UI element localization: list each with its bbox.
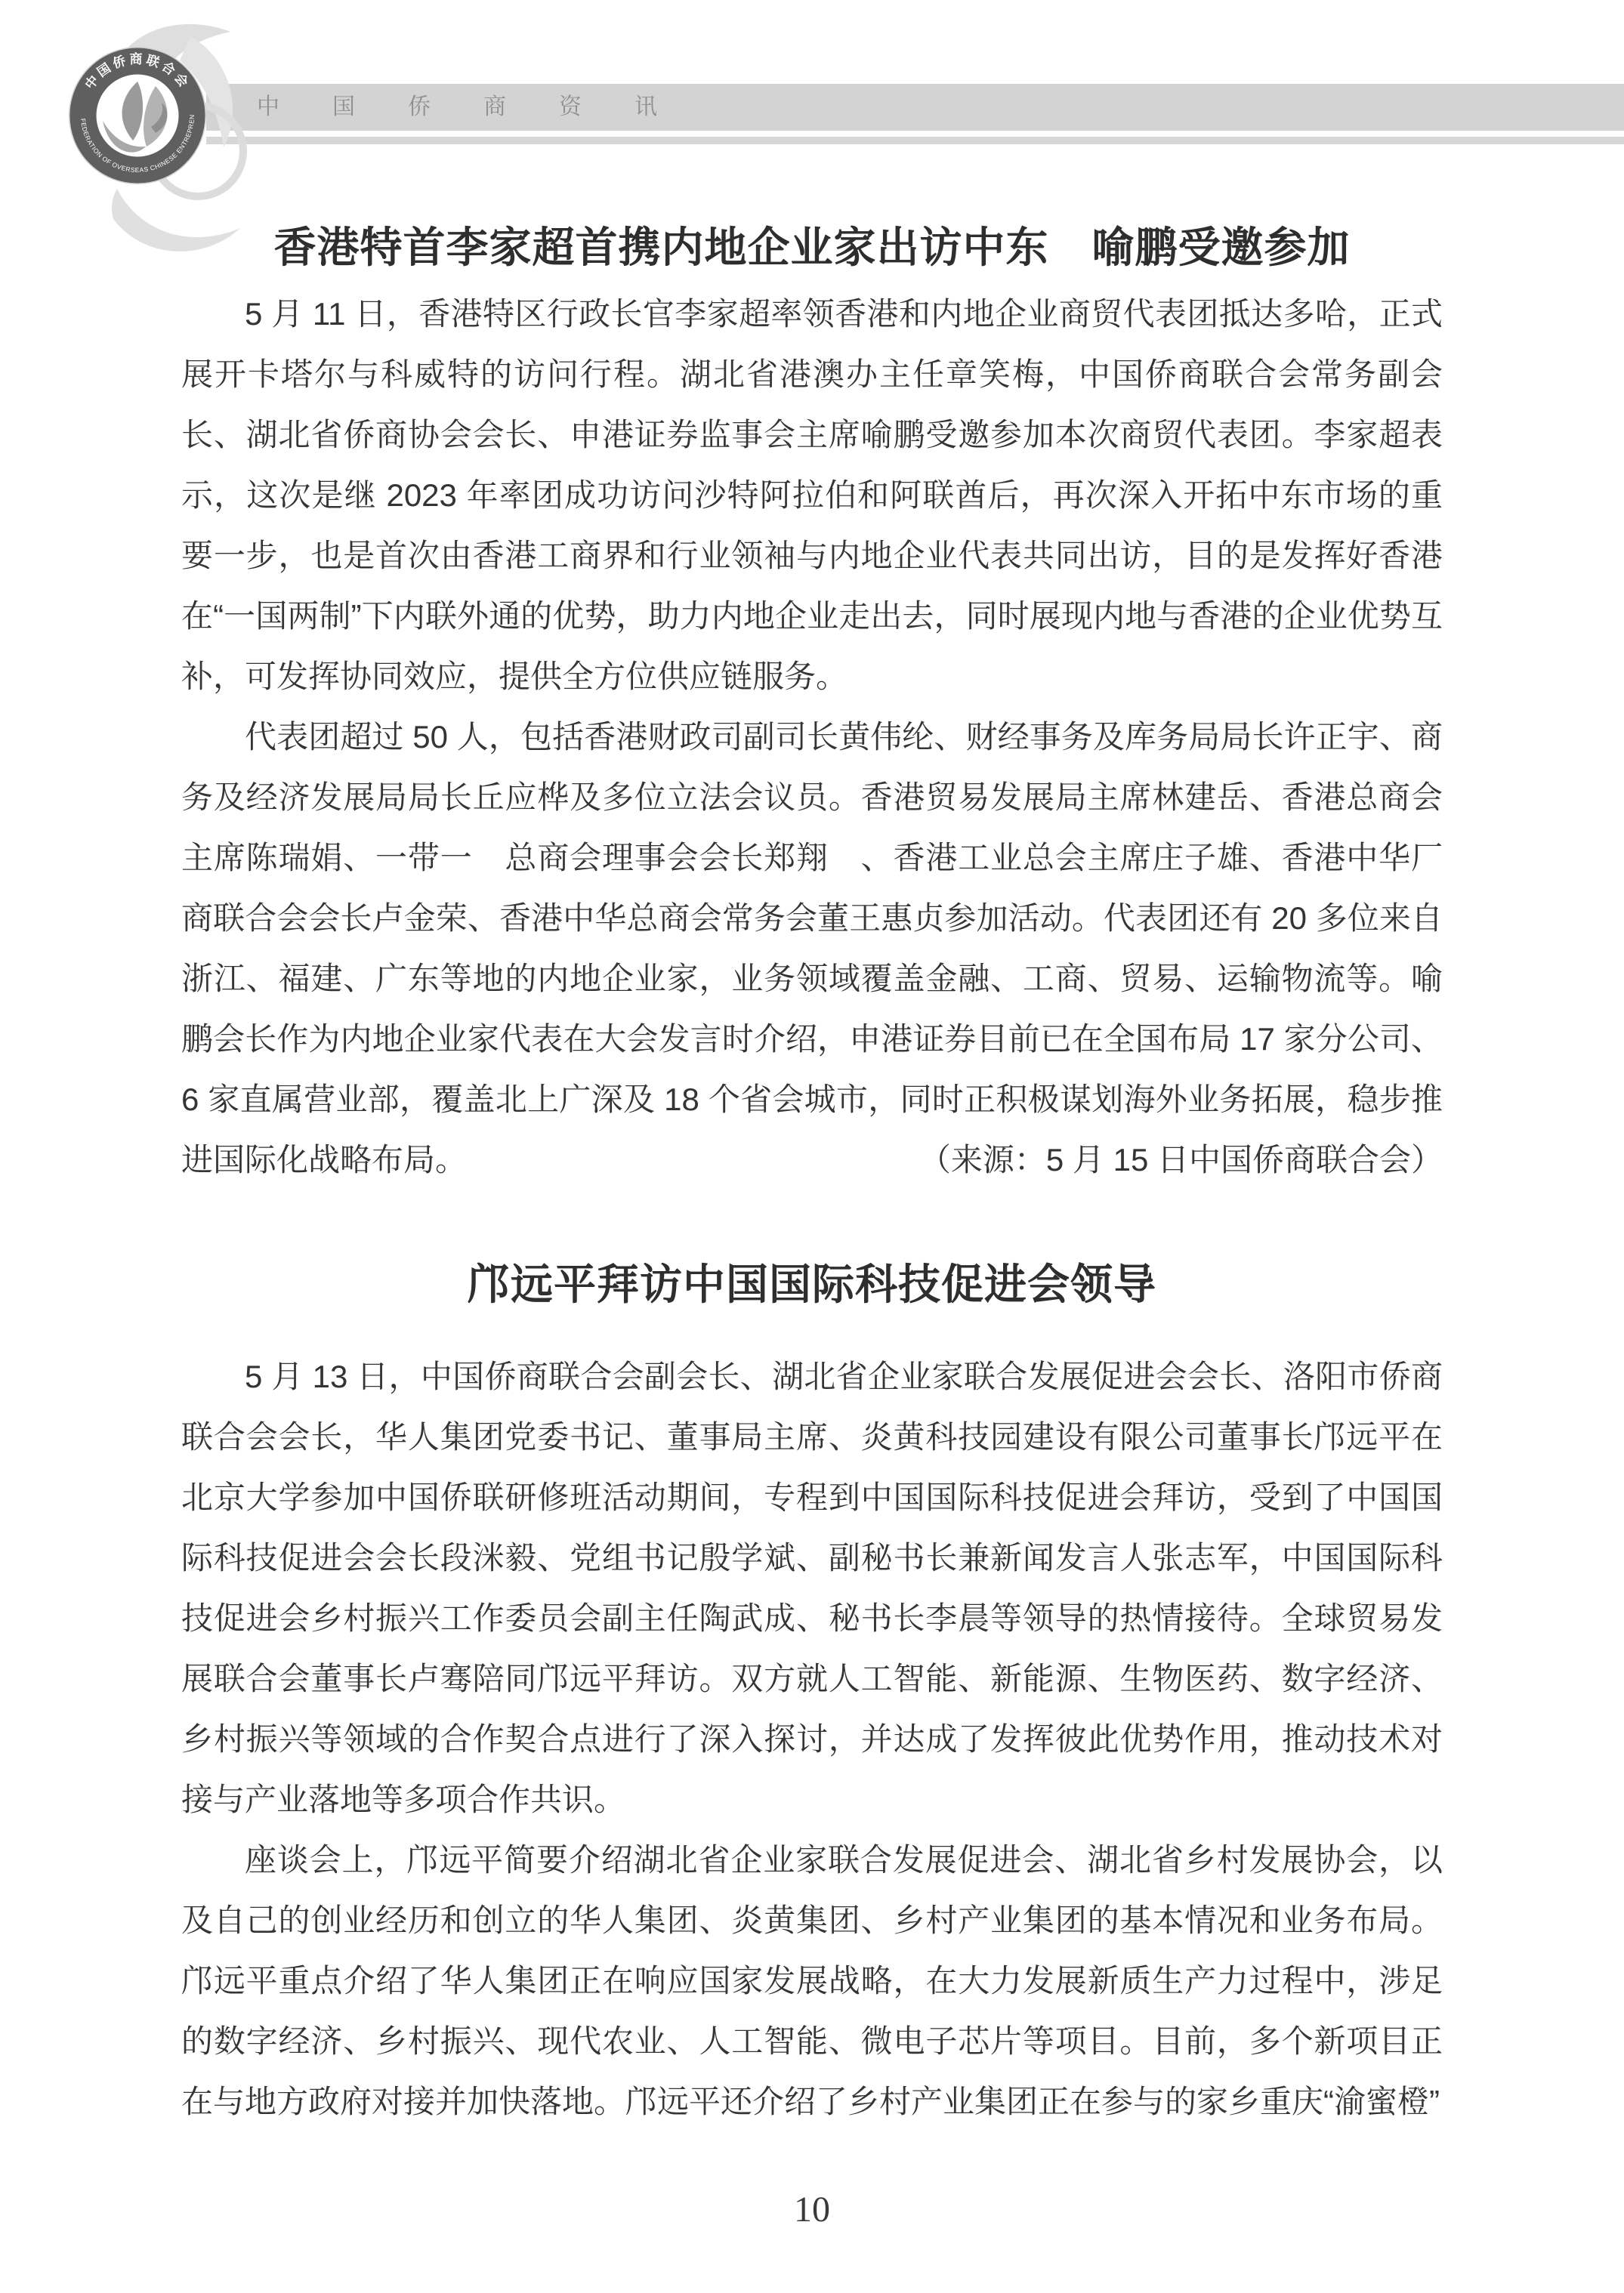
article-1-paragraph-1: 5 月 11 日，香港特区行政长官李家超率领香港和内地企业商贸代表团抵达多哈，正… xyxy=(181,284,1443,707)
page-number: 10 xyxy=(0,2189,1624,2230)
article-1-paragraph-2-text: 代表团超过 50 人，包括香港财政司副司长黄伟纶、财经事务及库务局局长许正宇、商… xyxy=(181,719,1443,1177)
article-1-source: （来源：5 月 15 日中国侨商联合会） xyxy=(919,1130,1443,1190)
article-2-title: 邝远平拜访中国国际科技促进会领导 xyxy=(181,1262,1443,1307)
article-2-paragraph-2: 座谈会上，邝远平简要介绍湖北省企业家联合发展促进会、湖北省乡村发展协会，以及自己… xyxy=(181,1830,1443,2132)
article-1-title: 香港特首李家超首携内地企业家出访中东 喻鹏受邀参加 xyxy=(181,225,1443,270)
page-content: 香港特首李家超首携内地企业家出访中东 喻鹏受邀参加 5 月 11 日，香港特区行… xyxy=(181,0,1443,2132)
article-1-paragraph-2: 代表团超过 50 人，包括香港财政司副司长黄伟纶、财经事务及库务局局长许正宇、商… xyxy=(181,707,1443,1190)
article-2-paragraph-1: 5 月 13 日，中国侨商联合会副会长、湖北省企业家联合发展促进会会长、洛阳市侨… xyxy=(181,1347,1443,1830)
newsletter-page: 中国侨商资讯 中国侨商联合会 CHINA FEDERATION OF OVERS… xyxy=(0,0,1624,2293)
